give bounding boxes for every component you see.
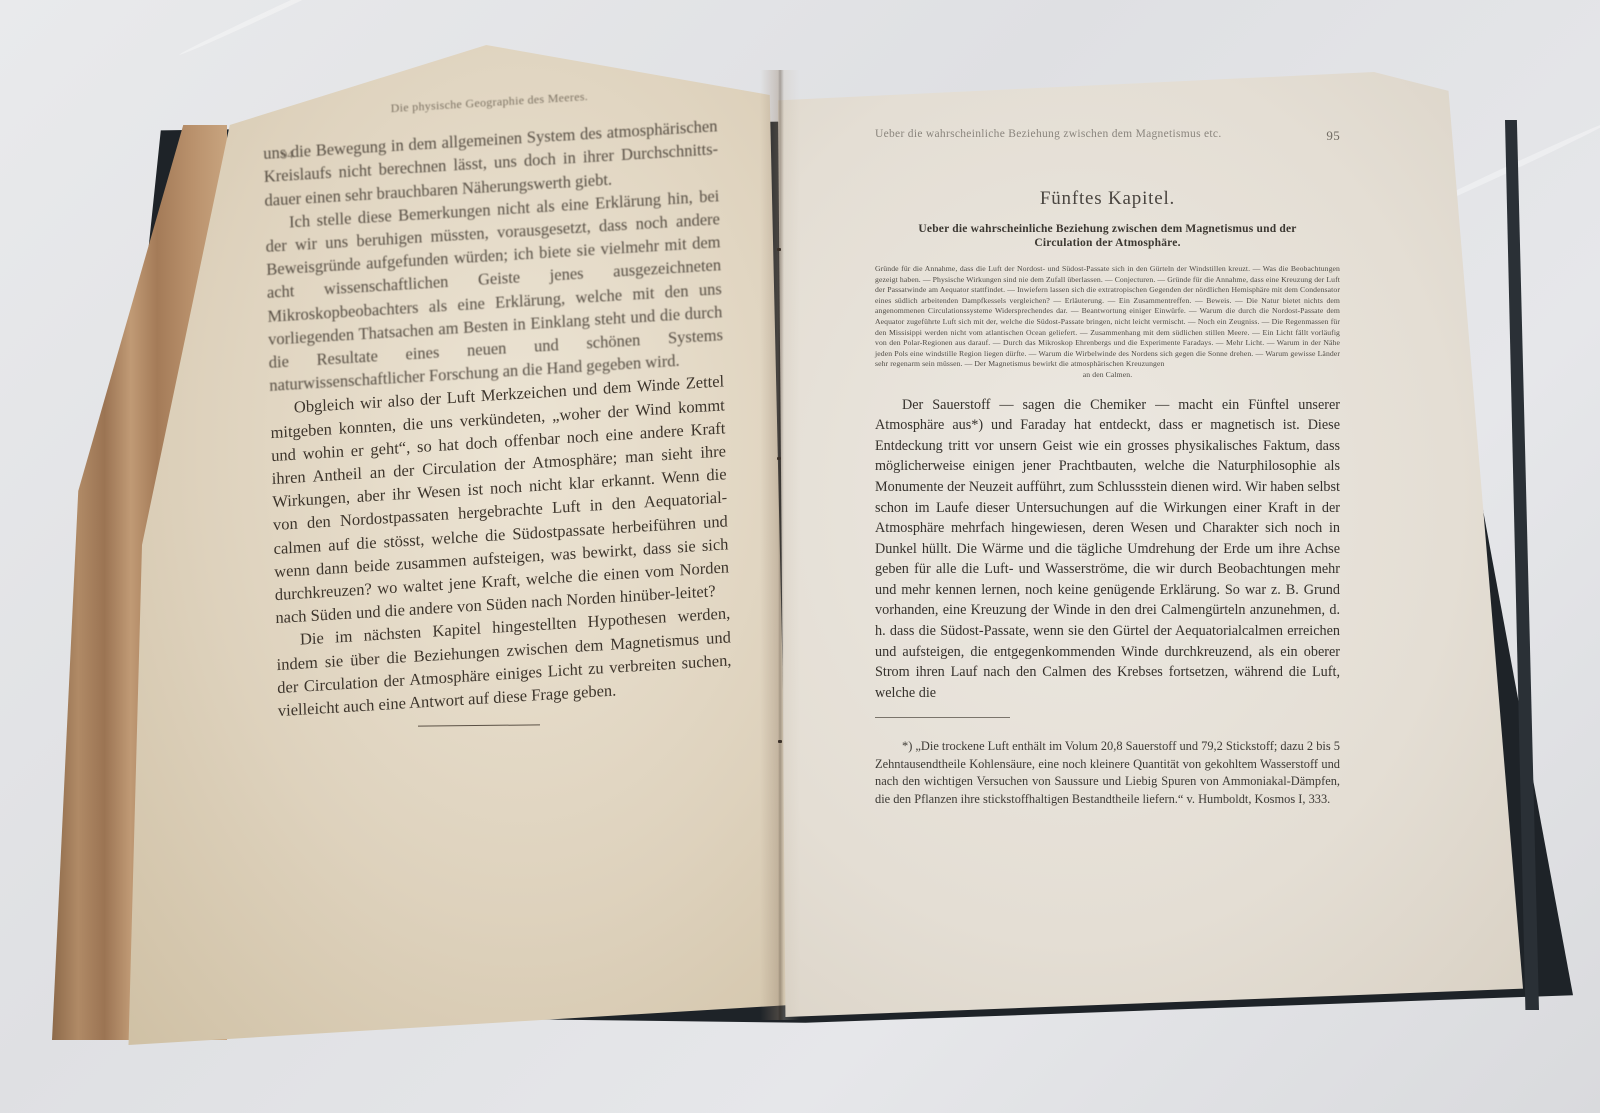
binding-stitch — [778, 740, 782, 743]
summary-text: Gründe für die Annahme, dass die Luft de… — [875, 264, 1340, 370]
chapter-subtitle-line: Circulation der Atmosphäre. — [875, 236, 1340, 250]
binding-stitch — [777, 248, 781, 251]
book-gutter — [760, 70, 800, 1020]
chapter-summary: Gründe für die Annahme, dass die Luft de… — [875, 264, 1340, 381]
chapter-subtitle: Ueber die wahrscheinliche Beziehung zwis… — [875, 222, 1340, 250]
chapter-title: Fünftes Kapitel. — [875, 188, 1340, 210]
binding-stitch — [777, 457, 781, 460]
left-page-text: Die physische Geographie des Meeres. 94 … — [262, 77, 732, 722]
right-page-text: Ueber die wahrscheinliche Beziehung zwis… — [875, 128, 1340, 808]
marble-vein — [178, 0, 361, 57]
footnote: *) „Die trockene Luft enthält im Volum 2… — [875, 738, 1340, 808]
footnote-text: *) „Die trockene Luft enthält im Volum 2… — [875, 738, 1340, 808]
right-running-head: Ueber die wahrscheinliche Beziehung zwis… — [875, 128, 1340, 144]
running-head-text: Ueber die wahrscheinliche Beziehung zwis… — [875, 128, 1222, 144]
paragraph: Ich stelle diese Bemerkungen nicht als e… — [265, 184, 724, 397]
chapter-subtitle-line: Ueber die wahrscheinliche Beziehung zwis… — [875, 222, 1340, 236]
summary-last-line: an den Calmen. — [875, 370, 1340, 381]
paragraph: Der Sauerstoff — sagen die Chemiker — ma… — [875, 395, 1340, 704]
footnote-rule — [875, 717, 1010, 718]
paragraph: Obgleich wir also der Luft Merkzeichen u… — [270, 370, 730, 630]
body-text: Der Sauerstoff — sagen die Chemiker — ma… — [875, 395, 1340, 704]
right-page-number: 95 — [1326, 128, 1340, 144]
